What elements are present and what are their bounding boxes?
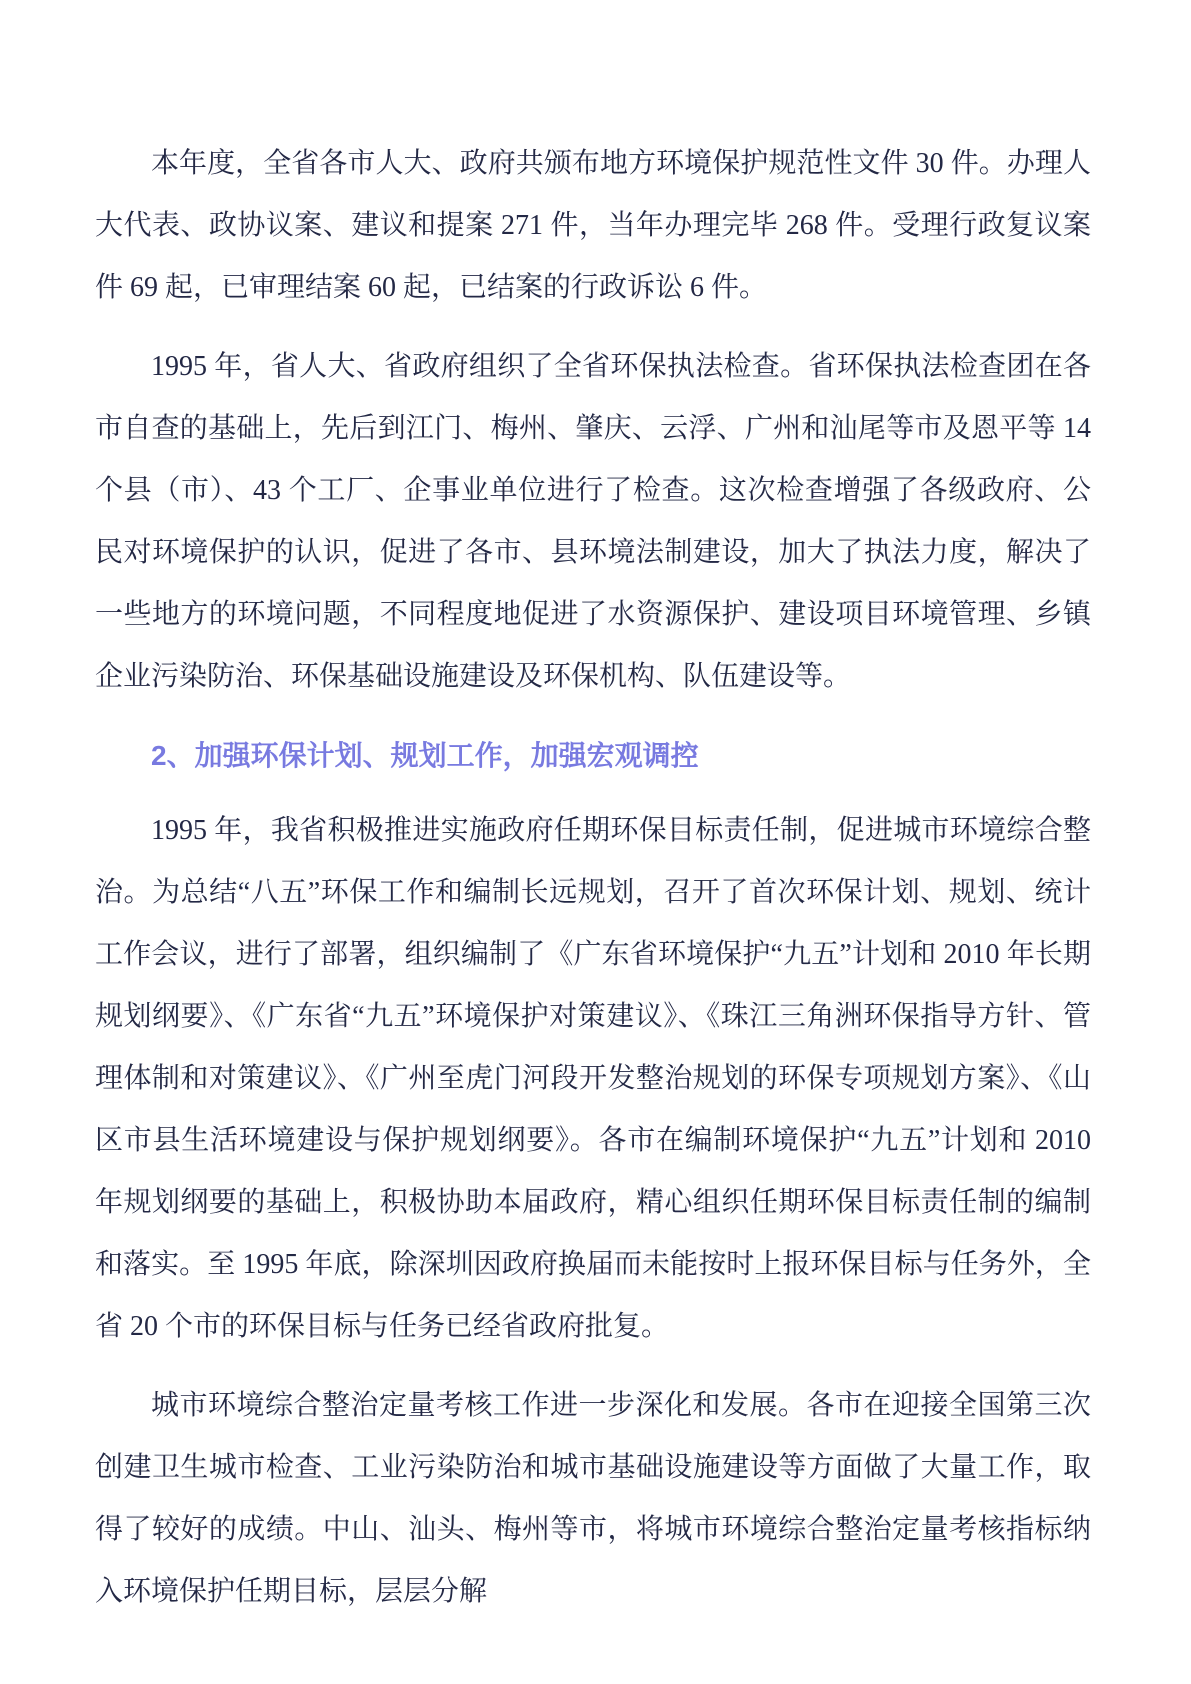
- document-page: 本年度，全省各市人大、政府共颁布地方环境保护规范性文件 30 件。办理人大代表、…: [0, 0, 1191, 1684]
- section-heading-planning: 2、加强环保计划、规划工作，加强宏观调控: [95, 725, 1091, 787]
- paragraph-planning-work: 1995 年，我省积极推进实施政府任期环保目标责任制，促进城市环境综合整治。为总…: [95, 800, 1091, 1358]
- paragraph-urban-assessment: 城市环境综合整治定量考核工作进一步深化和发展。各市在迎接全国第三次创建卫生城市检…: [95, 1375, 1091, 1623]
- paragraph-enforcement-inspection: 1995 年，省人大、省政府组织了全省环保执法检查。省环保执法检查团在各市自查的…: [95, 336, 1091, 708]
- paragraph-regulatory-documents: 本年度，全省各市人大、政府共颁布地方环境保护规范性文件 30 件。办理人大代表、…: [95, 133, 1091, 319]
